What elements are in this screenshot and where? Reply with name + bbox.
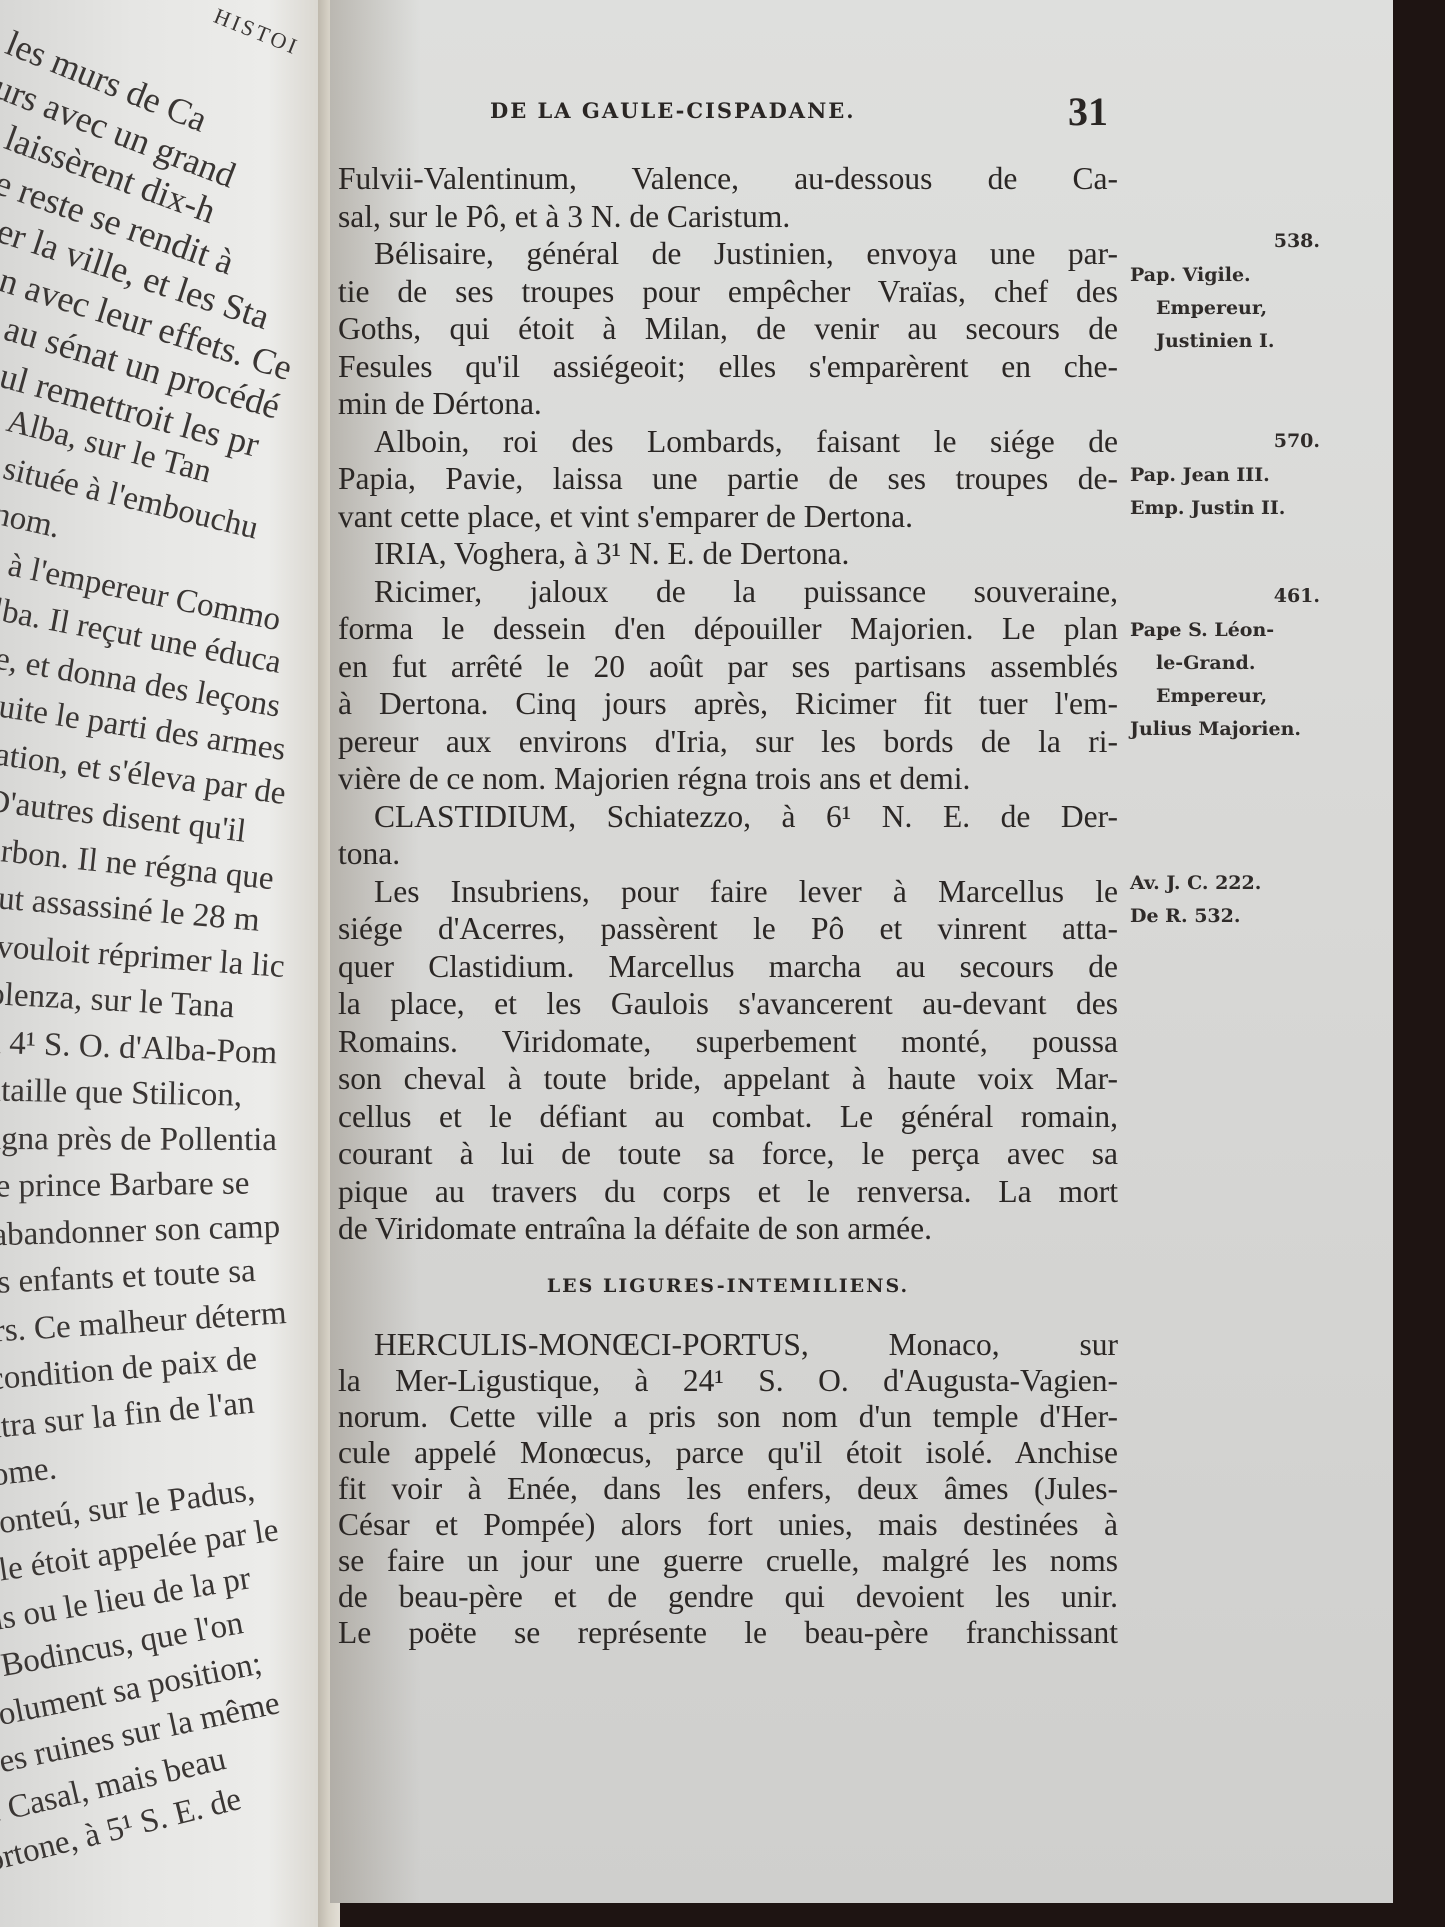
text-line: à Dertona. Cinq jours après, Ricimer fit… bbox=[338, 685, 1118, 723]
margin-note-line: Julius Majorien. bbox=[1130, 718, 1301, 740]
margin-note-line: Pap. Jean III. bbox=[1130, 464, 1270, 486]
left-running-head: HISTOI bbox=[210, 3, 303, 61]
text-line: min de Dértona. bbox=[338, 385, 1118, 423]
text-line: tie de ses troupes pour empêcher Vraïas,… bbox=[338, 273, 1118, 311]
margin-note-line: Av. J. C. 222. bbox=[1130, 872, 1261, 894]
left-page-line: Rome. bbox=[0, 1450, 59, 1496]
text-line: pereur aux environs d'Iria, sur les bord… bbox=[338, 723, 1118, 761]
body-text-block-2: HERCULIS-MONŒCI-PORTUS, Monaco, surla Me… bbox=[338, 1327, 1118, 1651]
text-line: Bélisaire, général de Justinien, envoya … bbox=[338, 235, 1118, 273]
text-line: Romains. Viridomate, superbement monté, … bbox=[338, 1023, 1118, 1061]
text-line: sal, sur le Pô, et à 3 N. de Caristum. bbox=[338, 198, 1118, 236]
text-line: HERCULIS-MONŒCI-PORTUS, Monaco, sur bbox=[338, 1327, 1118, 1363]
left-page-line: , le prince Barbare se bbox=[0, 1166, 250, 1206]
left-page-line: , à 4¹ S. O. d'Alba-Pom bbox=[0, 1024, 278, 1072]
text-line: pique au travers du corps et le renversa… bbox=[338, 1173, 1118, 1211]
left-page-line: Polenza, sur le Tana bbox=[0, 975, 235, 1026]
text-line: IRIA, Voghera, à 3¹ N. E. de Dertona. bbox=[338, 535, 1118, 573]
text-line: quer Clastidium. Marcellus marcha au sec… bbox=[338, 948, 1118, 986]
margin-note-year: 570. bbox=[1160, 430, 1320, 452]
margin-note-year: 538. bbox=[1160, 230, 1320, 252]
text-line: vière de ce nom. Majorien régna trois an… bbox=[338, 760, 1118, 798]
section-heading: LES LIGURES-INTEMILIENS. bbox=[338, 1275, 1118, 1297]
text-line: la Mer-Ligustique, à 24¹ S. O. d'Augusta… bbox=[338, 1363, 1118, 1399]
text-line: cule appelé Monœcus, parce qu'il étoit i… bbox=[338, 1435, 1118, 1471]
margin-note-line: le-Grand. bbox=[1156, 652, 1255, 674]
text-line: Goths, qui étoit à Milan, de venir au se… bbox=[338, 310, 1118, 348]
text-line: de Viridomate entraîna la défaite de son… bbox=[338, 1210, 1118, 1248]
text-line: la place, et les Gaulois s'avancerent au… bbox=[338, 985, 1118, 1023]
body-text-block-1: Fulvii-Valentinum, Valence, au-dessous d… bbox=[338, 160, 1118, 1248]
margin-note-year: 461. bbox=[1160, 585, 1320, 607]
text-line: Alboin, roi des Lombards, faisant le sié… bbox=[338, 423, 1118, 461]
text-line: Fesules qu'il assiégeoit; elles s'emparè… bbox=[338, 348, 1118, 386]
text-line: siége d'Acerres, passèrent le Pô et vinr… bbox=[338, 910, 1118, 948]
text-line: Papia, Pavie, laissa une partie de ses t… bbox=[338, 460, 1118, 498]
text-line: CLASTIDIUM, Schiatezzo, à 6¹ N. E. de De… bbox=[338, 798, 1118, 836]
margin-note-line: De R. 532. bbox=[1130, 905, 1240, 927]
text-line: Ricimer, jaloux de la puissance souverai… bbox=[338, 573, 1118, 611]
margin-note-line: Empereur, bbox=[1156, 297, 1267, 319]
margin-note-line: Pape S. Léon- bbox=[1130, 619, 1274, 641]
text-line: en fut arrêté le 20 août par ses partisa… bbox=[338, 648, 1118, 686]
margin-note-line: Pap. Vigile. bbox=[1130, 264, 1251, 286]
text-line: vant cette place, et vint s'emparer de D… bbox=[338, 498, 1118, 536]
left-page-line: gagna près de Pollentia bbox=[0, 1121, 277, 1159]
text-line: cellus et le défiant au combat. Le génér… bbox=[338, 1098, 1118, 1136]
text-line: fit voir à Enée, dans les enfers, deux â… bbox=[338, 1471, 1118, 1507]
right-page-content: Fulvii-Valentinum, Valence, au-dessous d… bbox=[330, 0, 1393, 1903]
text-line: Les Insubriens, pour faire lever à Marce… bbox=[338, 873, 1118, 911]
text-line: son cheval à toute bride, appelant à hau… bbox=[338, 1060, 1118, 1098]
margin-note-line: Emp. Justin II. bbox=[1130, 497, 1285, 519]
text-line: norum. Cette ville a pris son nom d'un t… bbox=[338, 1399, 1118, 1435]
left-page-line: bataille que Stilicon, bbox=[0, 1072, 243, 1115]
text-line: Le poëte se représente le beau-père fran… bbox=[338, 1615, 1118, 1651]
text-line: courant à lui de toute sa force, le perç… bbox=[338, 1135, 1118, 1173]
text-line: se faire un jour une guerre cruelle, mal… bbox=[338, 1543, 1118, 1579]
left-page: HISTOI us les murs de Cajours avec un gr… bbox=[0, 0, 335, 1927]
margin-note-line: Empereur, bbox=[1156, 685, 1267, 707]
text-line: forma le dessein d'en dépouiller Majorie… bbox=[338, 610, 1118, 648]
text-line: Fulvii-Valentinum, Valence, au-dessous d… bbox=[338, 160, 1118, 198]
left-page-line: ses enfants et toute sa bbox=[0, 1253, 256, 1303]
text-line: César et Pompée) alors fort unies, mais … bbox=[338, 1507, 1118, 1543]
text-line: de beau-père et de gendre qui devoient l… bbox=[338, 1579, 1118, 1615]
left-page-line: d'abandonner son camp bbox=[0, 1208, 281, 1254]
margin-note-line: Justinien I. bbox=[1156, 330, 1275, 352]
text-line: tona. bbox=[338, 835, 1118, 873]
